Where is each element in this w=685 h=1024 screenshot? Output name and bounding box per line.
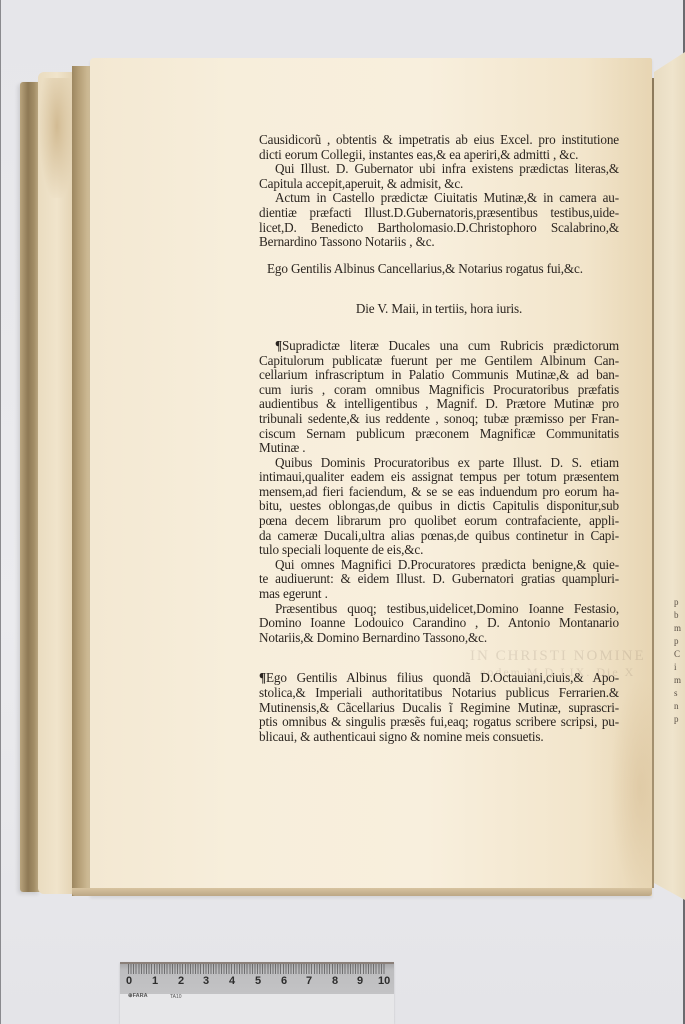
paragraph-actum: Actum in Castello prædictæ Ciuitatis Mut… bbox=[259, 191, 619, 249]
text-line: tribunali sedente,& ius reddente , sonoq… bbox=[259, 412, 619, 427]
book-cover-edge bbox=[20, 82, 40, 892]
text-line: stolica,& Imperiali authoritatibus Notar… bbox=[259, 686, 619, 701]
scale-ruler: 0 1 2 3 4 5 6 7 8 9 10 ⊕FARA TA10 bbox=[120, 962, 394, 1024]
paragraph-gubernator: Qui Illust. D. Gubernator ubi infra exis… bbox=[259, 162, 619, 191]
paragraph-causidicorum: Causidicorũ , obtentis & impetratis ab e… bbox=[259, 133, 619, 162]
text-line: Mutinæ . bbox=[259, 441, 619, 456]
pilcrow-mark: ¶ bbox=[275, 338, 282, 353]
text-line: dientiæ præfacti Illust.D.Gubernatoris,p… bbox=[259, 206, 619, 221]
text-line: Causidicorũ , obtentis & impetratis ab e… bbox=[259, 133, 619, 148]
text-line: da cameræ Ducali,ultra alias pœnas,de qu… bbox=[259, 529, 619, 544]
ruler-brand-logo: ⊕FARA bbox=[128, 993, 148, 999]
text-line: cellarium infrascriptum in Palatio Commu… bbox=[259, 368, 619, 383]
ruler-ticks bbox=[128, 964, 386, 974]
ruler-number: 1 bbox=[152, 975, 158, 987]
text-line: Capitulorum publicatæ fuerunt per me Gen… bbox=[259, 354, 619, 369]
text-line: te audiuerunt: & eidem Illust. D. Gubern… bbox=[259, 572, 619, 587]
page-bottom-edge bbox=[72, 888, 652, 896]
text-line: licet,D. Benedicto Bartholomasio.D.Chris… bbox=[259, 221, 619, 236]
text-line: Actum in Castello prædictæ Ciuitatis Mut… bbox=[259, 191, 619, 206]
text-line: ¶Ego Gentilis Albinus filius quondã D.Oc… bbox=[259, 671, 619, 686]
ruler-number: 2 bbox=[178, 975, 184, 987]
text-line: intimaui,qualiter eadem eis assignat tem… bbox=[259, 470, 619, 485]
ruler-number: 10 bbox=[378, 975, 390, 987]
text-line: Quibus Dominis Procuratoribus ex parte I… bbox=[259, 456, 619, 471]
ruler-number: 0 bbox=[126, 975, 132, 987]
text-line: Capitula accepit,aperuit, & admisit, &c. bbox=[259, 177, 619, 192]
page-text: Causidicorũ , obtentis & impetratis ab e… bbox=[259, 133, 619, 744]
paragraph-notary-attestation: ¶Ego Gentilis Albinus filius quondã D.Oc… bbox=[259, 671, 619, 744]
paragraph-supradictae: ¶Supradictæ literæ Ducales una cum Rubri… bbox=[259, 339, 619, 456]
text-line: Domino Ioanne Lodouico Carandino , D. An… bbox=[259, 616, 619, 631]
ruler-number: 6 bbox=[281, 975, 287, 987]
text-line: Qui omnes Magnifici D.Procuratores prædi… bbox=[259, 558, 619, 573]
text-line: mensem,ad fieri faciendum, & se se eas i… bbox=[259, 485, 619, 500]
ruler-number: 8 bbox=[332, 975, 338, 987]
paragraph-quibus: Quibus Dominis Procuratoribus ex parte I… bbox=[259, 456, 619, 558]
notary-signature: Ego Gentilis Albinus Cancellarius,& Nota… bbox=[259, 262, 619, 277]
text-line: Notariis,& Domino Bernardino Tassono,&c. bbox=[259, 631, 619, 646]
pilcrow-mark: ¶ bbox=[259, 670, 266, 685]
text-line: ¶Supradictæ literæ Ducales una cum Rubri… bbox=[259, 339, 619, 354]
text-line: Ego Gentilis Albinus Cancellarius,& Nota… bbox=[259, 262, 619, 277]
text-line: Bernardino Tassono Notariis , &c. bbox=[259, 235, 619, 250]
paragraph-praesentibus: Præsentibus quoq; testibus,uidelicet,Dom… bbox=[259, 602, 619, 646]
facing-page bbox=[654, 52, 685, 900]
text-line: tulo speciali loquente de eis,&c. bbox=[259, 543, 619, 558]
ruler-number: 7 bbox=[306, 975, 312, 987]
text-line: Die V. Maii, in tertiis, hora iuris. bbox=[259, 302, 619, 317]
text-line: Præsentibus quoq; testibus,uidelicet,Dom… bbox=[259, 602, 619, 617]
water-stain bbox=[40, 78, 74, 198]
text-line: ciscum Sernam publicum præconem Magnific… bbox=[259, 427, 619, 442]
page-stack-inner bbox=[72, 66, 92, 896]
text-line: audientibus & intelligentibus , Magnif. … bbox=[259, 397, 619, 412]
ruler-number: 4 bbox=[229, 975, 235, 987]
ruler-number: 9 bbox=[357, 975, 363, 987]
book-gutter bbox=[652, 78, 654, 888]
text-line: pœna decem librarum pro quolibet eorum c… bbox=[259, 514, 619, 529]
facing-page-text: p b m p C i m s n p bbox=[674, 596, 684, 726]
text-line: ptis omnibus & singulis præsẽs fui,eaq; … bbox=[259, 715, 619, 730]
date-heading: Die V. Maii, in tertiis, hora iuris. bbox=[259, 302, 619, 317]
paragraph-qui-omnes: Qui omnes Magnifici D.Procuratores prædi… bbox=[259, 558, 619, 602]
text-line: Mutinensis,& Cãcellarius Ducalis ĩ Regim… bbox=[259, 701, 619, 716]
text-line: dicti eorum Collegii, instantes eas,& ea… bbox=[259, 148, 619, 163]
text-line: blicaui, & authenticaui signo & nomine m… bbox=[259, 730, 619, 745]
text-line: cum iuris , coram omnibus Magnificis Pro… bbox=[259, 383, 619, 398]
ruler-number: 3 bbox=[203, 975, 209, 987]
ruler-number: 5 bbox=[255, 975, 261, 987]
text-line: bitu, uestes oblongas,de quibus in dicti… bbox=[259, 499, 619, 514]
ruler-scale-band: 0 1 2 3 4 5 6 7 8 9 10 bbox=[120, 962, 394, 994]
ruler-model-label: TA10 bbox=[170, 994, 182, 1000]
text-line: mas egerunt . bbox=[259, 587, 619, 602]
text-line: Qui Illust. D. Gubernator ubi infra exis… bbox=[259, 162, 619, 177]
